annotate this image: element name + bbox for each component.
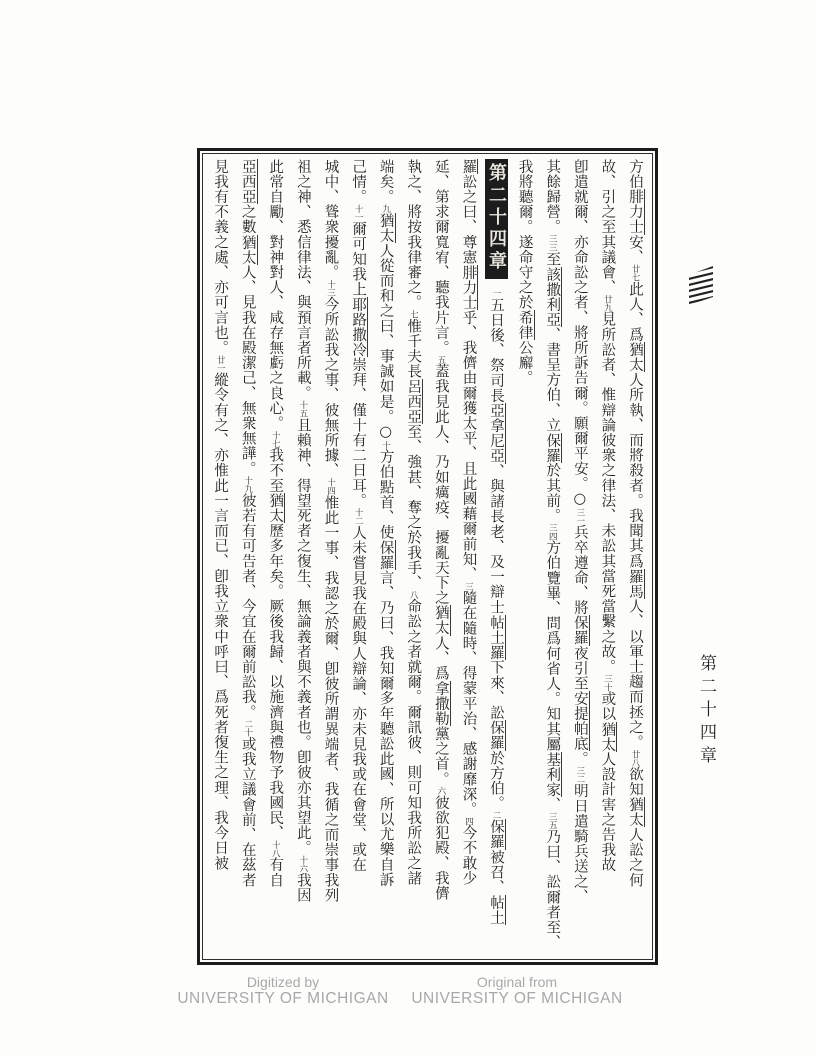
text-run: 今所訟我之事、彼無所據、	[322, 297, 338, 478]
proper-noun: 保羅	[572, 615, 590, 645]
text-run: 至、強甚、奪之於我手、	[405, 424, 421, 590]
proper-noun: 基利家	[544, 752, 562, 797]
proper-noun: 猶太	[627, 342, 645, 372]
text-run: 人、見我在殿潔己、無衆無譁。	[240, 265, 256, 476]
text-run: 安、	[627, 235, 643, 265]
text-run: 其餘歸營。	[544, 159, 560, 235]
verse-number: 十八	[270, 840, 280, 857]
text-run: 人訟之何	[627, 827, 643, 887]
proper-noun: 猶太	[599, 722, 617, 752]
text-run: 端矣。	[378, 159, 394, 204]
text-run: 祖之神、悉信律法、與預言者所載。	[295, 159, 311, 401]
proper-noun: 保羅	[544, 433, 562, 463]
text-run: 五日後、祭司長	[488, 298, 504, 404]
text-run: 我不至	[267, 448, 283, 493]
chapter-heading: 第二十四章	[485, 159, 508, 279]
text-run: 被召、	[488, 850, 504, 895]
text-column: 延、第求爾寬宥、聽我片言。五蓋我見此人、乃如癘疫、擾亂天下之猶太人、爲拿撒勒黨之…	[426, 159, 454, 954]
text-run: 我將聽爾。遂命守之於	[517, 159, 533, 310]
verse-number: 八	[408, 590, 418, 599]
proper-noun: 希律	[517, 310, 535, 340]
text-run: 故、引之至其議會、	[599, 159, 615, 295]
proper-noun: 呂西亞	[405, 379, 423, 424]
text-run: 人所執、而將殺者。我聞其爲	[627, 372, 643, 568]
verse-number: 十一	[353, 204, 363, 221]
text-run: 延、第求爾寬宥、聽我片言。	[433, 159, 449, 355]
text-run: 黨之首。	[433, 726, 449, 786]
proper-noun: 猶太	[267, 493, 285, 523]
verse-number: 三四	[547, 523, 557, 540]
proper-noun: 帖土羅	[488, 615, 506, 660]
proper-noun: 亞拿尼亞	[488, 403, 506, 463]
text-column: 城中、聳衆擾亂。十三今所訟我之事、彼無所據、十四惟此一事、我認之於爾、卽彼所謂異…	[316, 159, 344, 954]
text-run: 城中、聳衆擾亂。	[322, 159, 338, 280]
text-column: 執之、將按我律審之。七惟千夫長呂西亞至、強甚、奪之於我手、八命訟之者就爾。爾訊彼…	[399, 159, 427, 954]
text-column: 其餘歸營。三三至該撒利亞、書呈方伯、立保羅於其前。三四方伯覽畢、問爲何省人。知其…	[538, 159, 566, 954]
striped-flag-mark-icon	[688, 266, 714, 306]
text-run: 執之、將按我律審之。	[405, 159, 421, 310]
text-run: 蓋我見此人、乃如癘疫、擾亂天下之	[433, 364, 449, 606]
text-run: 人設計害之告我故	[599, 752, 615, 873]
text-column: 羅訟之曰、尊憲腓力士乎、我儕由爾獲太平、且此國藉爾前知、三隨在隨時、得蒙平治、感…	[454, 159, 482, 954]
text-run: 此常自勵、對神對人、咸存無虧之良心。	[267, 159, 283, 431]
text-run: 命訟之者就爾。爾訊彼、則可知我所訟之諸	[405, 599, 421, 886]
verse-number: 五	[436, 355, 446, 364]
verse-number: 廿七	[630, 265, 640, 282]
proper-noun: 保羅	[488, 720, 506, 750]
text-run: 此人、爲	[627, 282, 643, 342]
proper-noun: 猶太	[627, 797, 645, 827]
text-run: 之數	[240, 204, 256, 234]
text-columns: 方伯腓力士安、廿七此人、爲猶太人所執、而將殺者。我聞其爲羅馬人、以軍士趨而拯之。…	[207, 159, 648, 954]
proper-noun: 保羅	[378, 540, 396, 570]
margin-chapter-label: 第二十四章	[694, 654, 719, 769]
verse-number: 十三	[325, 280, 335, 297]
verse-number: 十四	[325, 478, 335, 495]
text-column: 祖之神、悉信律法、與預言者所載。十五且賴神、得望死者之復生、無論義者與不義者也。…	[288, 159, 316, 954]
text-run: 方伯覽畢、問爲何省人。知其屬	[544, 540, 560, 751]
verse-number: 一	[491, 289, 501, 298]
verse-number: 九	[381, 204, 391, 213]
text-run: 爾可知我上	[350, 221, 366, 297]
text-run: 方伯	[627, 159, 643, 189]
verse-number: 三一	[575, 508, 585, 525]
footer-digitized-by-institution: UNIVERSITY OF MICHIGAN	[158, 990, 408, 1008]
proper-noun: 亞西亞	[240, 159, 258, 204]
text-run: 於方伯。	[488, 751, 504, 811]
verse-number: 三三	[547, 235, 557, 252]
proper-noun: 羅馬	[627, 569, 645, 599]
verse-number: 十六	[298, 856, 308, 873]
page-frame: 方伯腓力士安、廿七此人、爲猶太人所執、而將殺者。我聞其爲羅馬人、以軍士趨而拯之。…	[197, 148, 658, 965]
footer-original-from: Original from UNIVERSITY OF MICHIGAN	[392, 974, 642, 1008]
text-run: 下來、訟	[488, 660, 504, 720]
proper-noun: 猶太	[433, 605, 451, 635]
text-run: 歷多年矣。厥後我歸、以施濟與禮物予我國民、	[267, 523, 283, 840]
text-run: 見所訟者、惟辯論彼衆之律法、未訟其當死當繫之故。	[599, 312, 615, 674]
footer-digitized-by-line: Digitized by	[158, 974, 408, 990]
verse-number: 十九	[243, 476, 253, 493]
text-run: 方伯點首、使	[378, 449, 394, 540]
text-column: 第二十四章一五日後、祭司長亞拿尼亞、與諸長老、及一辯士帖土羅下來、訟保羅於方伯。…	[481, 159, 510, 954]
text-run: 、與諸長老、及一辯士	[488, 464, 504, 615]
verse-number: 七	[408, 310, 418, 319]
text-run: 人、爲	[433, 636, 449, 681]
verse-number: 六	[436, 787, 446, 796]
text-run: 今不敢少	[460, 825, 476, 885]
text-run: 人、以軍士趨而拯之。	[627, 599, 643, 750]
verse-number: 十七	[270, 431, 280, 448]
verse-number: 三十	[602, 674, 612, 691]
verse-number: 十五	[298, 401, 308, 418]
proper-noun: 耶路撒冷	[350, 297, 368, 357]
text-run: 隨在隨時、得蒙平治、感謝靡深。	[460, 590, 476, 817]
text-run: 彼欲犯殿、我儕	[433, 795, 449, 901]
text-run: 明日遣騎兵送之、	[572, 783, 588, 904]
text-run: 欲知	[627, 767, 643, 797]
text-column: 端矣。九猶太人從而和之曰、事誠如是。○十方伯點首、使保羅言、乃曰、我知爾多年聽訟…	[371, 159, 399, 954]
text-run: 人未嘗見我在殿與人辯論、亦未見我或在會堂、或在	[350, 525, 366, 872]
proper-noun: 安提帕底	[572, 691, 590, 751]
text-column: 故、引之至其議會、廿九見所訟者、惟辯論彼衆之律法、未訟其當死當繫之故。三十或以猶…	[593, 159, 621, 954]
text-run: 卽遣就爾、亦命訟之者、將所訴告爾。願爾平安。○	[572, 159, 588, 508]
footer-original-from-line: Original from	[392, 974, 642, 990]
text-run: 縱令有之、亦惟此一言而已、卽我立衆中呼曰、爲死者復生之理、我今日被	[212, 372, 228, 870]
text-run: 我因	[295, 873, 311, 903]
verse-number: 廿九	[602, 295, 612, 312]
text-run: 且賴神、得望死者之復生、無論義者與不義者也。卽彼亦其望此。	[295, 418, 311, 856]
text-run: 乃曰、訟爾者至、	[544, 829, 560, 950]
verse-number: 三二	[575, 766, 585, 783]
text-run: 於其前。	[544, 463, 560, 523]
text-column: 卽遣就爾、亦命訟之者、將所訴告爾。願爾平安。○三一兵卒遵命、將保羅夜引至安提帕底…	[565, 159, 593, 954]
text-column: 亞西亞之數猶太人、見我在殿潔己、無衆無譁。十九彼若有可告者、今宜在爾前訟我。二十…	[233, 159, 261, 954]
proper-noun: 腓力士	[460, 265, 478, 310]
text-run: 訟之曰、尊憲	[460, 174, 476, 265]
verse-number: 廿八	[630, 750, 640, 767]
text-run: 惟千夫長	[405, 319, 421, 379]
text-run: 。	[572, 751, 588, 766]
text-run: 或我立議會前、在茲者	[240, 737, 256, 888]
text-run: 惟此一事、我認之於爾、卽彼所謂異端者、我循之而崇事我列	[322, 495, 338, 903]
text-column: 方伯腓力士安、廿七此人、爲猶太人所執、而將殺者。我聞其爲羅馬人、以軍士趨而拯之。…	[620, 159, 648, 954]
text-run: 彼若有可告者、今宜在爾前訟我。	[240, 493, 256, 720]
verse-number: 十二	[353, 508, 363, 525]
proper-noun: 拿撒勒	[433, 681, 451, 726]
proper-noun: 猶太	[378, 213, 396, 243]
proper-noun: 猶太	[240, 235, 258, 265]
text-run: 人從而和之曰、事誠如是。○	[378, 243, 394, 441]
text-run: 兵卒遵命、將	[572, 525, 588, 616]
proper-noun: 該撒利亞	[544, 267, 562, 327]
text-column: 此常自勵、對神對人、咸存無虧之良心。十七我不至猶太歷多年矣。厥後我歸、以施濟與禮…	[261, 159, 289, 954]
proper-noun: 腓力士	[627, 189, 645, 234]
text-run: 夜引至	[572, 646, 588, 691]
proper-noun: 帖土	[488, 895, 506, 925]
verse-number: 廿一	[215, 355, 225, 372]
text-run: 公廨。	[517, 340, 533, 385]
scanned-book-page: 第二十四章 方伯腓力士安、廿七此人、爲猶太人所執、而將殺者。我聞其爲羅馬人、以軍…	[0, 0, 816, 1056]
proper-noun: 保羅	[488, 819, 506, 849]
text-run: 乎、我儕由爾獲太平、且此國藉爾前知、	[460, 310, 476, 582]
text-run: 至	[544, 252, 560, 267]
verse-number: 三五	[547, 812, 557, 829]
text-column: 見我有不義之處、亦可言也。廿一縱令有之、亦惟此一言而已、卽我立衆中呼曰、爲死者復…	[207, 159, 233, 954]
text-run: 、	[544, 797, 560, 812]
verse-number: 二十	[243, 720, 253, 737]
text-run: 崇拜、僅十有二日耳。	[350, 357, 366, 508]
text-run: 、書呈方伯、立	[544, 327, 560, 433]
text-run: 或以	[599, 691, 615, 721]
text-column: 己情。十一爾可知我上耶路撒冷崇拜、僅十有二日耳。十二人未嘗見我在殿與人辯論、亦未…	[343, 159, 371, 954]
footer-digitized-by: Digitized by UNIVERSITY OF MICHIGAN	[158, 974, 408, 1008]
page-frame-inner-rule: 方伯腓力士安、廿七此人、爲猶太人所執、而將殺者。我聞其爲羅馬人、以軍士趨而拯之。…	[202, 153, 653, 960]
text-run: 言、乃曰、我知爾多年聽訟此國、所以尤樂自訴	[378, 570, 394, 887]
footer-original-from-institution: UNIVERSITY OF MICHIGAN	[392, 990, 642, 1008]
text-column: 我將聽爾。遂命守之於希律公廨。	[510, 159, 538, 954]
text-run: 己情。	[350, 159, 366, 204]
text-run: 見我有不義之處、亦可言也。	[212, 159, 228, 355]
proper-noun: 羅	[460, 159, 478, 174]
text-run: 有自	[267, 857, 283, 887]
